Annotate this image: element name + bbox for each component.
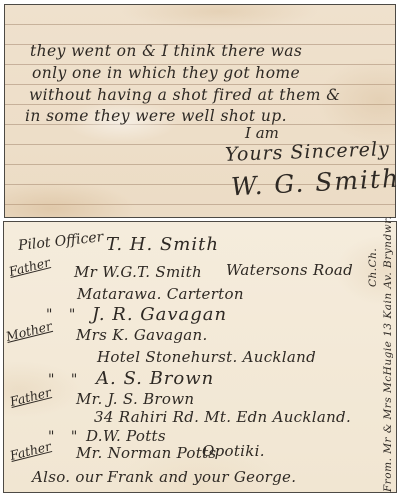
header-role: Pilot Officer xyxy=(17,229,104,254)
row-ditto: " " xyxy=(48,429,83,445)
letter-page-scan: they went on & I think there was only on… xyxy=(4,4,396,218)
row-footnote: Also. our Frank and your George. xyxy=(32,468,296,486)
row-name: Mrs K. Gavagan. xyxy=(76,326,208,344)
margin-note-vertical: From. Mr & Mrs McHugie 13 Kain Av. Brynd… xyxy=(382,254,394,492)
row-label: Mother xyxy=(4,318,53,344)
row-ditto: " " xyxy=(46,307,81,323)
row-name: A. S. Brown xyxy=(96,368,214,389)
row-label: Father xyxy=(7,254,51,279)
names-page-scan: Pilot Officer T. H. Smith Father Mr W.G.… xyxy=(3,221,397,493)
row-name: Mr. J. S. Brown xyxy=(76,390,194,408)
letter-closing-sincerely: Yours Sincerely xyxy=(225,138,390,166)
row-label: Father xyxy=(8,438,52,463)
row-address: Hotel Stonehurst. Auckland xyxy=(97,348,316,366)
row-extra: Opotiki. xyxy=(202,442,265,460)
letter-line-1: they went on & I think there was xyxy=(30,41,302,63)
row-name: Mr W.G.T. Smith xyxy=(74,263,202,281)
scanned-document-page: { "colors": { "paper_top": "#eee0cc", "p… xyxy=(0,0,400,499)
header-name: T. H. Smith xyxy=(106,234,219,255)
row-address: Matarawa. Carterton xyxy=(77,285,244,303)
margin-note-vertical-2: Ch.Ch. xyxy=(367,227,379,287)
row-address: 34 Rahiri Rd. Mt. Edn Auckland. xyxy=(94,408,351,426)
letter-signature: W. G. Smith xyxy=(230,164,400,202)
row-name: Mr. Norman Potts xyxy=(76,444,216,462)
row-name: J. R. Gavagan xyxy=(92,304,227,325)
letter-line-3: without having a shot fired at them & xyxy=(29,85,340,107)
letter-line-2: only one in which they got home xyxy=(32,63,300,85)
row-name: D.W. Potts xyxy=(86,427,166,445)
row-extra: Watersons Road xyxy=(226,261,353,279)
row-ditto: " " xyxy=(48,372,83,388)
letter-closing-i-am: I am xyxy=(245,124,279,142)
row-label: Father xyxy=(8,384,52,409)
